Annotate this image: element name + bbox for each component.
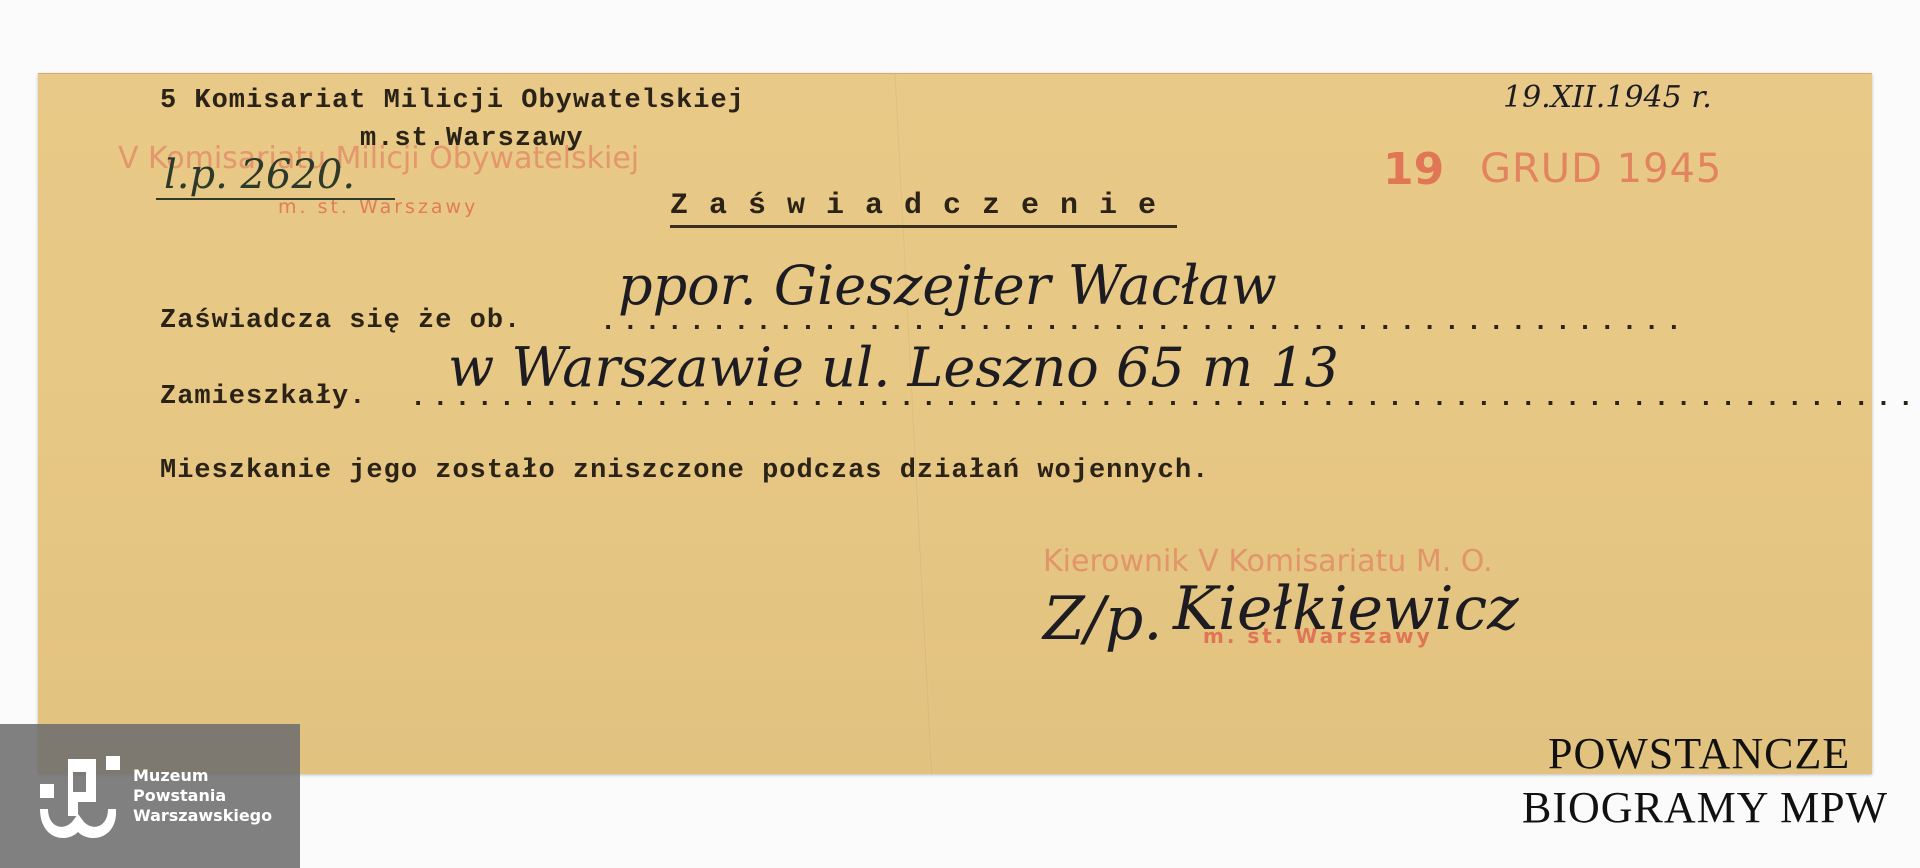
museum-name-line3: Warszawskiego (133, 806, 272, 826)
date-stamp-day: 19 (1383, 144, 1444, 195)
paper-fold (895, 74, 934, 774)
line3-text: Mieszkanie jego zostało zniszczone podcz… (160, 456, 1209, 486)
document-paper: 5 Komisariat Milicji Obywatelskiej m.st.… (38, 73, 1872, 774)
line2-value: w Warszawie ul. Leszno 65 m 13 (448, 336, 1339, 399)
reference-number: l.p. 2620. (156, 152, 395, 200)
museum-name-line1: Muzeum (133, 766, 272, 786)
handwritten-date: 19.XII.1945 r. (1503, 80, 1712, 115)
line1-value: ppor. Gieszejter Wacław (618, 254, 1277, 317)
date-stamp-month-year: GRUD 1945 (1480, 146, 1722, 192)
line2-label: Zamieszkały. (160, 382, 366, 412)
museum-name-line2: Powstania (133, 786, 272, 806)
watermark-line1: POWSTANCZE (1548, 728, 1850, 779)
header-line-1: 5 Komisariat Milicji Obywatelskiej (160, 86, 745, 116)
document-title: Zaświadczenie (670, 189, 1177, 228)
kotwica-anchor-icon (38, 754, 138, 844)
line1-label: Zaświadcza się że ob. (160, 306, 521, 336)
watermark-line2: BIOGRAMY MPW (1522, 782, 1888, 833)
signature-prefix: Z/p. (1043, 584, 1162, 654)
museum-logo-box: Muzeum Powstania Warszawskiego (0, 724, 300, 868)
signature: Kiełkiewicz (1173, 574, 1519, 644)
museum-name: Muzeum Powstania Warszawskiego (133, 766, 272, 826)
